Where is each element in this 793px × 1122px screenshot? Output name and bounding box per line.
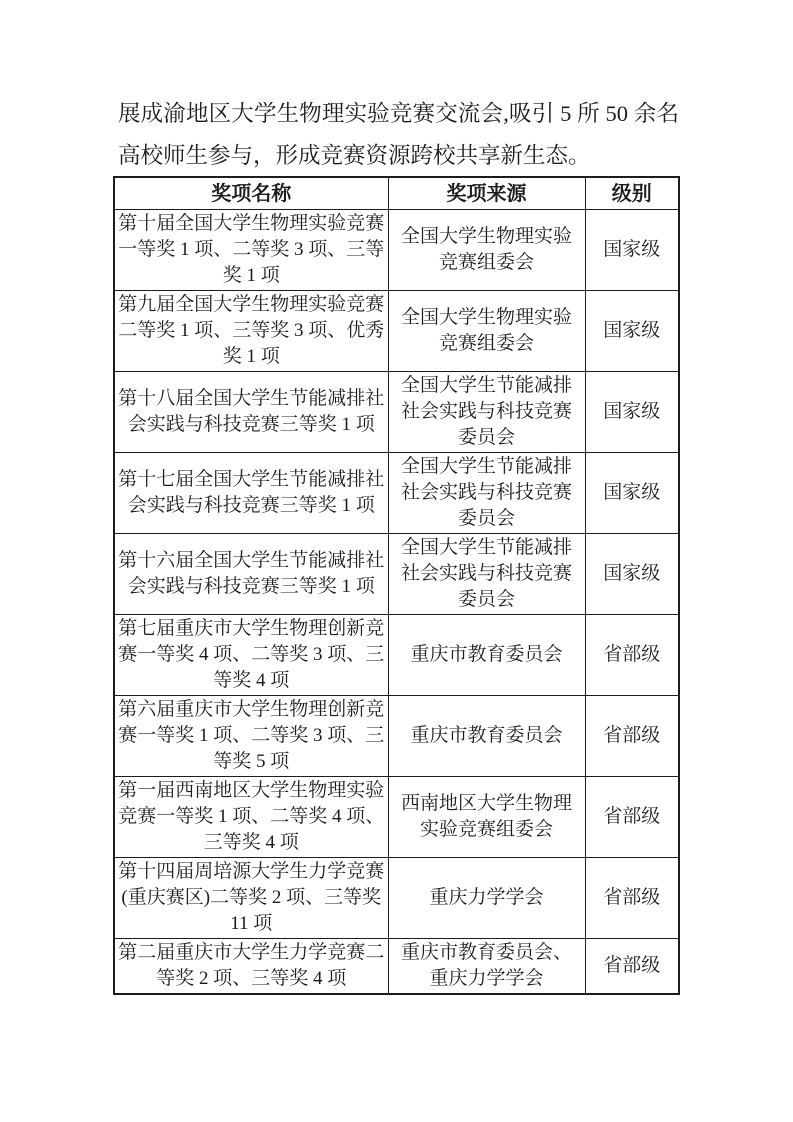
cell-award-name: 第十八届全国大学生节能减排社会实践与科技竞赛三等奖 1 项 (114, 372, 388, 453)
cell-award-level: 国家级 (585, 453, 679, 534)
cell-award-source: 全国大学生物理实验竞赛组委会 (388, 210, 585, 291)
table-row: 第十六届全国大学生节能减排社会实践与科技竞赛三等奖 1 项全国大学生节能减排社会… (114, 534, 679, 615)
cell-award-source: 重庆市教育委员会 (388, 696, 585, 777)
intro-paragraph: 展成渝地区大学生物理实验竞赛交流会,吸引 5 所 50 余名高校师生参与，形成竞… (118, 93, 679, 177)
table-row: 第十四届周培源大学生力学竞赛(重庆赛区)二等奖 2 项、三等奖 11 项重庆力学… (114, 858, 679, 939)
cell-award-name: 第九届全国大学生物理实验竞赛二等奖 1 项、三等奖 3 项、优秀奖 1 项 (114, 291, 388, 372)
cell-award-level: 国家级 (585, 210, 679, 291)
table-row: 第六届重庆市大学生物理创新竞赛一等奖 1 项、二等奖 3 项、三等奖 5 项重庆… (114, 696, 679, 777)
cell-award-level: 国家级 (585, 372, 679, 453)
awards-table: 奖项名称 奖项来源 级别 第十届全国大学生物理实验竞赛一等奖 1 项、二等奖 3… (113, 176, 680, 995)
cell-award-level: 省部级 (585, 939, 679, 995)
cell-award-source: 全国大学生节能减排社会实践与科技竞赛委员会 (388, 453, 585, 534)
cell-award-name: 第十七届全国大学生节能减排社会实践与科技竞赛三等奖 1 项 (114, 453, 388, 534)
table-row: 第七届重庆市大学生物理创新竞赛一等奖 4 项、二等奖 3 项、三等奖 4 项重庆… (114, 615, 679, 696)
cell-award-name: 第十届全国大学生物理实验竞赛一等奖 1 项、二等奖 3 项、三等奖 1 项 (114, 210, 388, 291)
document-page: 展成渝地区大学生物理实验竞赛交流会,吸引 5 所 50 余名高校师生参与，形成竞… (0, 0, 793, 1122)
cell-award-level: 国家级 (585, 534, 679, 615)
table-row: 第十七届全国大学生节能减排社会实践与科技竞赛三等奖 1 项全国大学生节能减排社会… (114, 453, 679, 534)
cell-award-source: 全国大学生物理实验竞赛组委会 (388, 291, 585, 372)
cell-award-level: 省部级 (585, 615, 679, 696)
col-header-award-source: 奖项来源 (388, 177, 585, 210)
cell-award-name: 第二届重庆市大学生力学竞赛二等奖 2 项、三等奖 4 项 (114, 939, 388, 995)
cell-award-name: 第十六届全国大学生节能减排社会实践与科技竞赛三等奖 1 项 (114, 534, 388, 615)
table-row: 第二届重庆市大学生力学竞赛二等奖 2 项、三等奖 4 项重庆市教育委员会、重庆力… (114, 939, 679, 995)
cell-award-source: 重庆力学学会 (388, 858, 585, 939)
cell-award-source: 全国大学生节能减排社会实践与科技竞赛委员会 (388, 534, 585, 615)
table-row: 第一届西南地区大学生物理实验竞赛一等奖 1 项、二等奖 4 项、三等奖 4 项西… (114, 777, 679, 858)
table-header-row: 奖项名称 奖项来源 级别 (114, 177, 679, 210)
cell-award-level: 省部级 (585, 858, 679, 939)
table-row: 第十八届全国大学生节能减排社会实践与科技竞赛三等奖 1 项全国大学生节能减排社会… (114, 372, 679, 453)
cell-award-level: 省部级 (585, 777, 679, 858)
table-row: 第十届全国大学生物理实验竞赛一等奖 1 项、二等奖 3 项、三等奖 1 项全国大… (114, 210, 679, 291)
cell-award-source: 西南地区大学生物理实验竞赛组委会 (388, 777, 585, 858)
cell-award-source: 全国大学生节能减排社会实践与科技竞赛委员会 (388, 372, 585, 453)
cell-award-source: 重庆市教育委员会、重庆力学学会 (388, 939, 585, 995)
col-header-award-name: 奖项名称 (114, 177, 388, 210)
table-row: 第九届全国大学生物理实验竞赛二等奖 1 项、三等奖 3 项、优秀奖 1 项全国大… (114, 291, 679, 372)
cell-award-level: 省部级 (585, 696, 679, 777)
cell-award-name: 第七届重庆市大学生物理创新竞赛一等奖 4 项、二等奖 3 项、三等奖 4 项 (114, 615, 388, 696)
col-header-level: 级别 (585, 177, 679, 210)
cell-award-name: 第十四届周培源大学生力学竞赛(重庆赛区)二等奖 2 项、三等奖 11 项 (114, 858, 388, 939)
cell-award-name: 第一届西南地区大学生物理实验竞赛一等奖 1 项、二等奖 4 项、三等奖 4 项 (114, 777, 388, 858)
awards-table-body: 第十届全国大学生物理实验竞赛一等奖 1 项、二等奖 3 项、三等奖 1 项全国大… (114, 210, 679, 995)
cell-award-level: 国家级 (585, 291, 679, 372)
cell-award-source: 重庆市教育委员会 (388, 615, 585, 696)
cell-award-name: 第六届重庆市大学生物理创新竞赛一等奖 1 项、二等奖 3 项、三等奖 5 项 (114, 696, 388, 777)
